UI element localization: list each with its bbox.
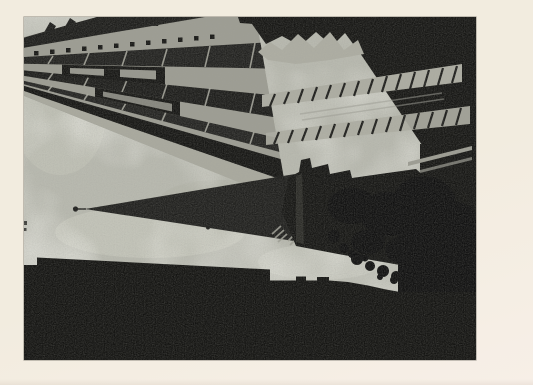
film-grain	[24, 17, 476, 360]
postcard: Black-and-white photograph printed sidew…	[0, 0, 533, 385]
photo: Black-and-white photograph printed sidew…	[24, 17, 476, 360]
photo-scene	[24, 17, 476, 360]
